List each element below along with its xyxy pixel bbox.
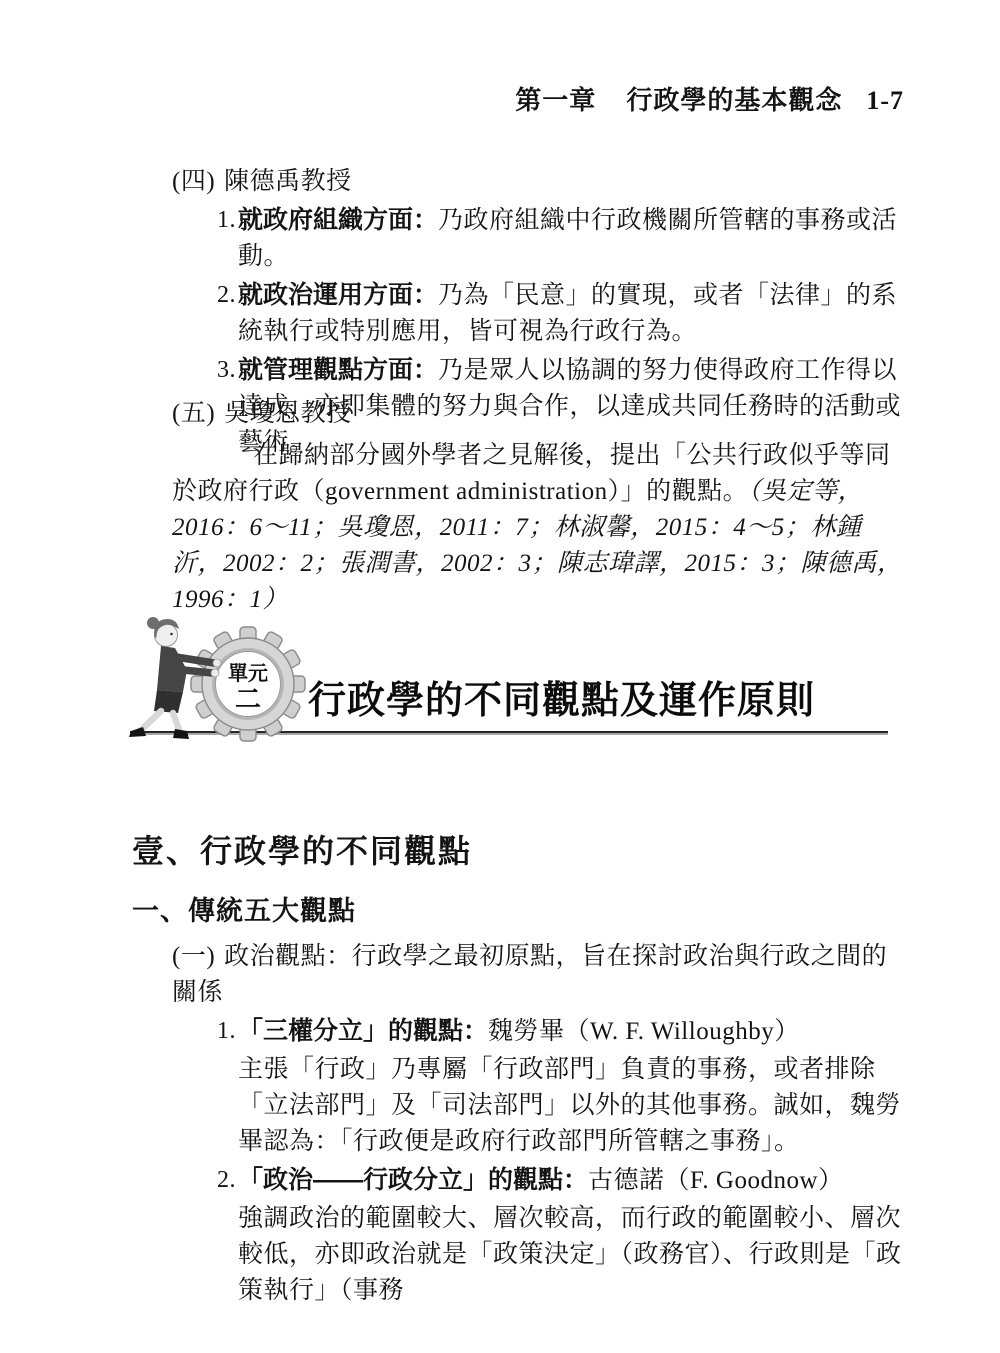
item-number: 1. [217,202,236,238]
section-label: (一) [172,943,215,970]
list-item: 1. 「三權分立」的觀點：魏勞畢（W. F. Willoughby） 主張「行政… [217,1013,910,1160]
section-heading: (五)吳瓊恩教授 [172,396,910,432]
item-term: 就政治運用方面： [238,281,438,309]
unit-gear-icon: 單元 二 [191,627,305,741]
section-heading: (一)政治觀點：行政學之最初原點，旨在探討政治與行政之間的關係 [172,939,910,1011]
item-heading: 「三權分立」的觀點：魏勞畢（W. F. Willoughby） [238,1013,910,1050]
chapter-title: 行政學的基本觀念 [626,86,842,115]
section-political-viewpoint: (一)政治觀點：行政學之最初原點，旨在探討政治與行政之間的關係 1. 「三權分立… [172,939,910,1309]
item-number: 1. [217,1013,236,1049]
item-scholar: 古德諾（F. Goodnow） [588,1167,844,1194]
list-item: 2. 「政治——行政分立」的觀點：古德諾（F. Goodnow） 強調政治的範圍… [217,1162,910,1309]
heading-different-viewpoints: 壹、行政學的不同觀點 [132,826,472,872]
list-item: 2. 就政治運用方面：乃為「民意」的實現，或者「法律」的系統執行或特別應用，皆可… [217,277,910,350]
section-wu-qiongen: (五)吳瓊恩教授 在歸納部分國外學者之見解後，提出「公共行政似乎等同於政府行政（… [172,396,910,618]
item-term: 「政治——行政分立」的觀點： [238,1166,588,1194]
section-label: (四) [172,168,215,195]
item-text: 主張「行政」乃專屬「行政部門」負責的事務，或者排除「立法部門」及「司法部門」以外… [238,1052,910,1160]
item-term: 就管理觀點方面： [238,356,438,384]
item-heading: 「政治——行政分立」的觀點：古德諾（F. Goodnow） [238,1162,910,1199]
unit-banner-title: 行政學的不同觀點及運作原則 [308,669,815,724]
unit-badge-label: 單元 [228,662,268,685]
list-item: 1. 就政府組織方面：乃政府組織中行政機關所管轄的事務或活動。 [217,202,910,275]
item-term: 就政府組織方面： [238,206,438,234]
section-title: 吳瓊恩教授 [224,400,352,427]
item-number: 2. [217,1162,236,1198]
section-intro: 政治觀點：行政學之最初原點，旨在探討政治與行政之間的關係 [172,943,887,1006]
item-text: 強調政治的範圍較大、層次較高，而行政的範圍較小、層次較低，亦即政治就是「政策決定… [238,1201,910,1309]
heading-traditional-five: 一、傳統五大觀點 [132,889,356,928]
section-heading: (四)陳德禹教授 [172,164,910,200]
item-number: 2. [217,277,236,313]
section-title: 陳德禹教授 [224,168,352,195]
chapter-number: 第一章 [515,86,596,115]
unit-banner-illustration: 單元 二 [123,610,328,746]
page-number: 1-7 [866,86,904,115]
numbered-list: 1. 「三權分立」的觀點：魏勞畢（W. F. Willoughby） 主張「行政… [217,1013,910,1309]
item-scholar: 魏勞畢（W. F. Willoughby） [488,1018,800,1045]
section-paragraph: 在歸納部分國外學者之見解後，提出「公共行政似乎等同於政府行政（governmen… [172,438,910,618]
section-label: (五) [172,400,215,427]
book-page: 第一章行政學的基本觀念1-7 (四)陳德禹教授 1. 就政府組織方面：乃政府組織… [0,0,1000,1353]
item-term: 「三權分立」的觀點： [238,1017,488,1045]
item-number: 3. [217,352,236,388]
running-header: 第一章行政學的基本觀念1-7 [515,80,904,117]
unit-badge-number: 二 [235,684,261,714]
